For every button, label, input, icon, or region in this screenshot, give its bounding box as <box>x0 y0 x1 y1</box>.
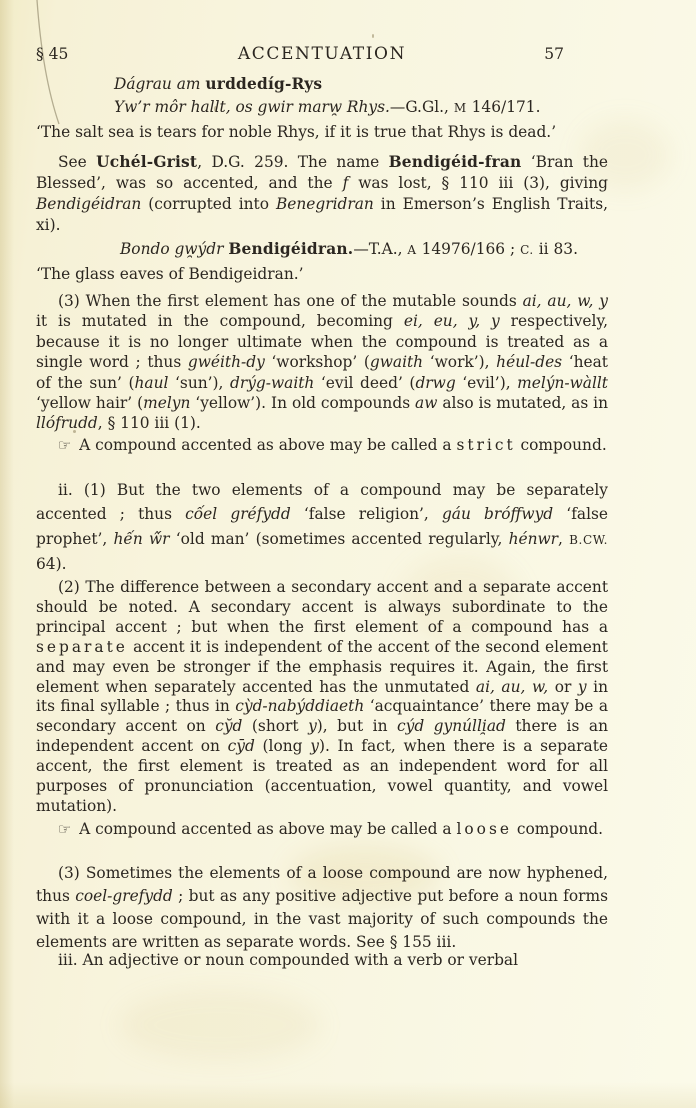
verse-quotation-bondo: Bondo gw̯ýdr Bendigéidran.—T.A., A 14976… <box>120 239 578 261</box>
paper-speck <box>372 34 374 38</box>
paragraph-mutation-rule: (3) When the first element has one of th… <box>36 291 608 434</box>
note-loose-compound: ☞A compound accented as above may be cal… <box>36 818 608 841</box>
paragraph-see-uchel-grist: See Uchél-Grist, D.G. 259. The name Bend… <box>36 152 608 236</box>
scan-scratch-artifact <box>0 0 90 140</box>
page-number: 57 <box>488 45 608 63</box>
book-page: § 45 ACCENTUATION 57 Dágrau am urddedíg-… <box>0 0 696 1108</box>
note-strict-compound: ☞A compound accented as above may be cal… <box>36 434 608 457</box>
page-header: § 45 ACCENTUATION 57 <box>36 44 608 64</box>
paragraph-iii-opening: iii. An adjective or noun compounded wit… <box>36 950 608 971</box>
paper-stain <box>120 990 320 1060</box>
running-title: ACCENTUATION <box>156 44 488 64</box>
paragraph-accent-difference: (2) The difference between a secondary a… <box>36 578 608 817</box>
verse-quotation-line-2: Yw’r môr hallt, os gwir marw̯ Rhys.—G.Gl… <box>114 97 540 119</box>
verse-translation-2: ‘The glass eaves of Bendigeidran.’ <box>36 264 608 285</box>
verse-quotation-line-1: Dágrau am urddedíg-Rys <box>114 74 322 95</box>
section-number: § 45 <box>36 45 156 63</box>
verse-translation-1: ‘The salt sea is tears for noble Rhys, i… <box>36 122 608 143</box>
paragraph-separate-accent: ii. (1) But the two elements of a compou… <box>36 478 608 577</box>
paragraph-hyphened-compounds: (3) Sometimes the elements of a loose co… <box>36 862 608 954</box>
